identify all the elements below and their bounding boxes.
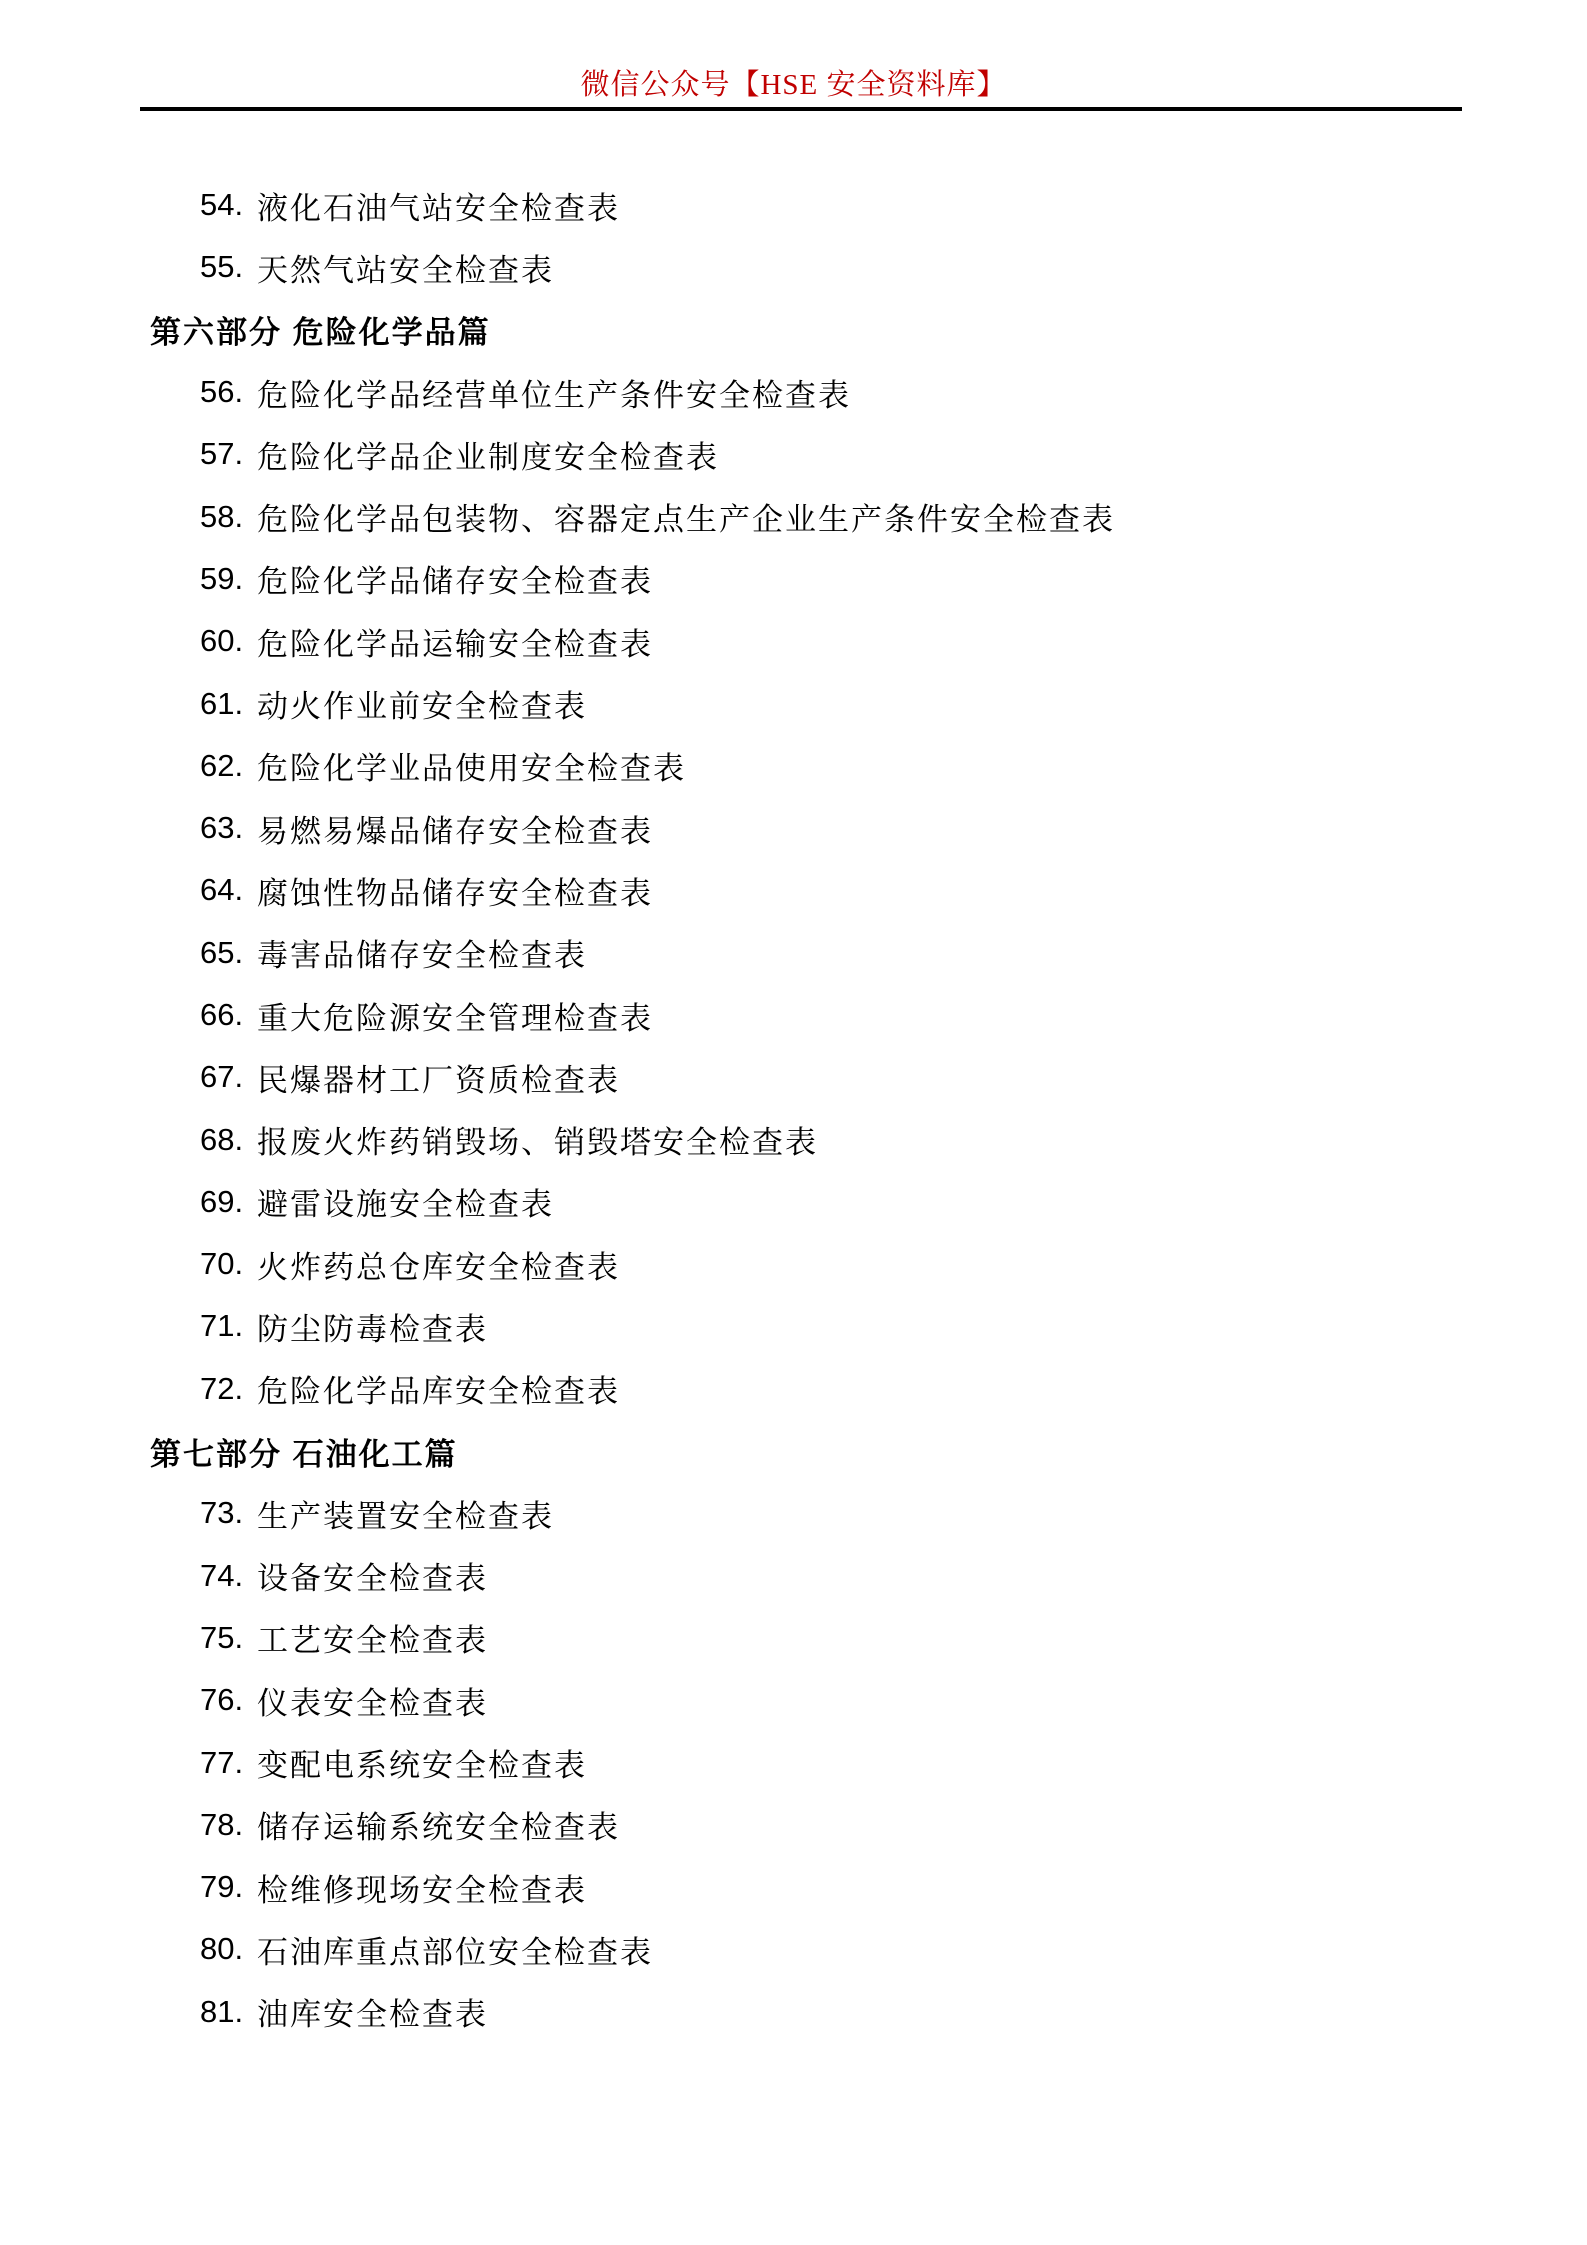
item-number: 74. bbox=[200, 1558, 257, 1594]
toc-list: 54. 液化石油气站安全检查表 55. 天然气站安全检查表 第六部分 危险化学品… bbox=[0, 174, 1587, 2043]
toc-item-row: 78. 储存运输系统安全检查表 bbox=[0, 1794, 1587, 1856]
item-number: 59. bbox=[200, 561, 257, 597]
item-number: 78. bbox=[200, 1807, 257, 1843]
item-text: 危险化学品企业制度安全检查表 bbox=[257, 432, 719, 477]
item-text: 变配电系统安全检查表 bbox=[257, 1740, 587, 1785]
item-number: 58. bbox=[200, 499, 257, 535]
item-text: 生产装置安全检查表 bbox=[257, 1491, 554, 1536]
item-text: 危险化学品经营单位生产条件安全检查表 bbox=[257, 370, 851, 415]
item-text: 易燃易爆品储存安全检查表 bbox=[257, 806, 653, 851]
toc-item-row: 65. 毒害品储存安全检查表 bbox=[0, 922, 1587, 984]
item-text: 危险化学品包装物、容器定点生产企业生产条件安全检查表 bbox=[257, 494, 1115, 539]
item-number: 73. bbox=[200, 1495, 257, 1531]
item-number: 71. bbox=[200, 1308, 257, 1344]
item-number: 70. bbox=[200, 1246, 257, 1282]
item-text: 报废火炸药销毁场、销毁塔安全检查表 bbox=[257, 1117, 818, 1162]
item-text: 储存运输系统安全检查表 bbox=[257, 1802, 620, 1847]
item-text: 腐蚀性物品储存安全检查表 bbox=[257, 868, 653, 913]
item-number: 75. bbox=[200, 1620, 257, 1656]
header-divider-line bbox=[140, 107, 1462, 111]
toc-item-row: 60. 危险化学品运输安全检查表 bbox=[0, 610, 1587, 672]
item-number: 54. bbox=[200, 187, 257, 223]
item-text: 第六部分 危险化学品篇 bbox=[150, 307, 491, 352]
item-number: 64. bbox=[200, 872, 257, 908]
toc-item-row: 62. 危险化学业品使用安全检查表 bbox=[0, 735, 1587, 797]
toc-item-row: 59. 危险化学品储存安全检查表 bbox=[0, 548, 1587, 610]
item-text: 液化石油气站安全检查表 bbox=[257, 183, 620, 228]
item-number: 65. bbox=[200, 935, 257, 971]
toc-item-row: 69. 避雷设施安全检查表 bbox=[0, 1171, 1587, 1233]
item-text: 检维修现场安全检查表 bbox=[257, 1865, 587, 1910]
toc-item-row: 63. 易燃易爆品储存安全检查表 bbox=[0, 797, 1587, 859]
item-number: 81. bbox=[200, 1994, 257, 2030]
toc-item-row: 64. 腐蚀性物品储存安全检查表 bbox=[0, 859, 1587, 921]
item-number: 79. bbox=[200, 1869, 257, 1905]
item-number: 76. bbox=[200, 1682, 257, 1718]
item-number: 60. bbox=[200, 623, 257, 659]
toc-item-row: 76. 仪表安全检查表 bbox=[0, 1669, 1587, 1731]
item-text: 防尘防毒检查表 bbox=[257, 1304, 488, 1349]
item-text: 重大危险源安全管理检查表 bbox=[257, 993, 653, 1038]
item-number: 72. bbox=[200, 1371, 257, 1407]
toc-item-row: 81. 油库安全检查表 bbox=[0, 1981, 1587, 2043]
item-text: 避雷设施安全检查表 bbox=[257, 1179, 554, 1224]
item-number: 57. bbox=[200, 436, 257, 472]
item-text: 天然气站安全检查表 bbox=[257, 245, 554, 290]
section-heading-row: 第六部分 危险化学品篇 bbox=[0, 299, 1587, 361]
toc-item-row: 71. 防尘防毒检查表 bbox=[0, 1295, 1587, 1357]
toc-item-row: 72. 危险化学品库安全检查表 bbox=[0, 1358, 1587, 1420]
item-text: 危险化学品运输安全检查表 bbox=[257, 619, 653, 664]
toc-item-row: 80. 石油库重点部位安全检查表 bbox=[0, 1918, 1587, 1980]
item-number: 66. bbox=[200, 997, 257, 1033]
toc-item-row: 74. 设备安全检查表 bbox=[0, 1545, 1587, 1607]
document-page: 微信公众号【HSE 安全资料库】 54. 液化石油气站安全检查表 55. 天然气… bbox=[0, 0, 1587, 2245]
item-text: 设备安全检查表 bbox=[257, 1553, 488, 1598]
toc-item-row: 75. 工艺安全检查表 bbox=[0, 1607, 1587, 1669]
toc-item-row: 61. 动火作业前安全检查表 bbox=[0, 672, 1587, 734]
toc-item-row: 56. 危险化学品经营单位生产条件安全检查表 bbox=[0, 361, 1587, 423]
item-text: 工艺安全检查表 bbox=[257, 1615, 488, 1660]
toc-item-row: 68. 报废火炸药销毁场、销毁塔安全检查表 bbox=[0, 1108, 1587, 1170]
item-text: 危险化学业品使用安全检查表 bbox=[257, 743, 686, 788]
item-text: 第七部分 石油化工篇 bbox=[150, 1429, 458, 1474]
toc-item-row: 79. 检维修现场安全检查表 bbox=[0, 1856, 1587, 1918]
item-text: 民爆器材工厂资质检查表 bbox=[257, 1055, 620, 1100]
item-number: 62. bbox=[200, 748, 257, 784]
toc-item-row: 77. 变配电系统安全检查表 bbox=[0, 1731, 1587, 1793]
item-number: 77. bbox=[200, 1745, 257, 1781]
watermark-header: 微信公众号【HSE 安全资料库】 bbox=[0, 62, 1587, 103]
item-number: 68. bbox=[200, 1122, 257, 1158]
item-text: 危险化学品储存安全检查表 bbox=[257, 556, 653, 601]
item-text: 危险化学品库安全检查表 bbox=[257, 1366, 620, 1411]
item-text: 仪表安全检查表 bbox=[257, 1678, 488, 1723]
item-text: 动火作业前安全检查表 bbox=[257, 681, 587, 726]
section-heading-row: 第七部分 石油化工篇 bbox=[0, 1420, 1587, 1482]
item-text: 油库安全检查表 bbox=[257, 1989, 488, 2034]
toc-item-row: 55. 天然气站安全检查表 bbox=[0, 236, 1587, 298]
toc-item-row: 54. 液化石油气站安全检查表 bbox=[0, 174, 1587, 236]
item-number: 55. bbox=[200, 249, 257, 285]
item-text: 火炸药总仓库安全检查表 bbox=[257, 1242, 620, 1287]
toc-item-row: 67. 民爆器材工厂资质检查表 bbox=[0, 1046, 1587, 1108]
toc-item-row: 57. 危险化学品企业制度安全检查表 bbox=[0, 423, 1587, 485]
item-number: 67. bbox=[200, 1059, 257, 1095]
item-number: 61. bbox=[200, 686, 257, 722]
item-number: 80. bbox=[200, 1931, 257, 1967]
item-number: 69. bbox=[200, 1184, 257, 1220]
item-number: 56. bbox=[200, 374, 257, 410]
item-number: 63. bbox=[200, 810, 257, 846]
item-text: 石油库重点部位安全检查表 bbox=[257, 1927, 653, 1972]
toc-item-row: 73. 生产装置安全检查表 bbox=[0, 1482, 1587, 1544]
item-text: 毒害品储存安全检查表 bbox=[257, 930, 587, 975]
toc-item-row: 70. 火炸药总仓库安全检查表 bbox=[0, 1233, 1587, 1295]
toc-item-row: 66. 重大危险源安全管理检查表 bbox=[0, 984, 1587, 1046]
toc-item-row: 58. 危险化学品包装物、容器定点生产企业生产条件安全检查表 bbox=[0, 485, 1587, 547]
